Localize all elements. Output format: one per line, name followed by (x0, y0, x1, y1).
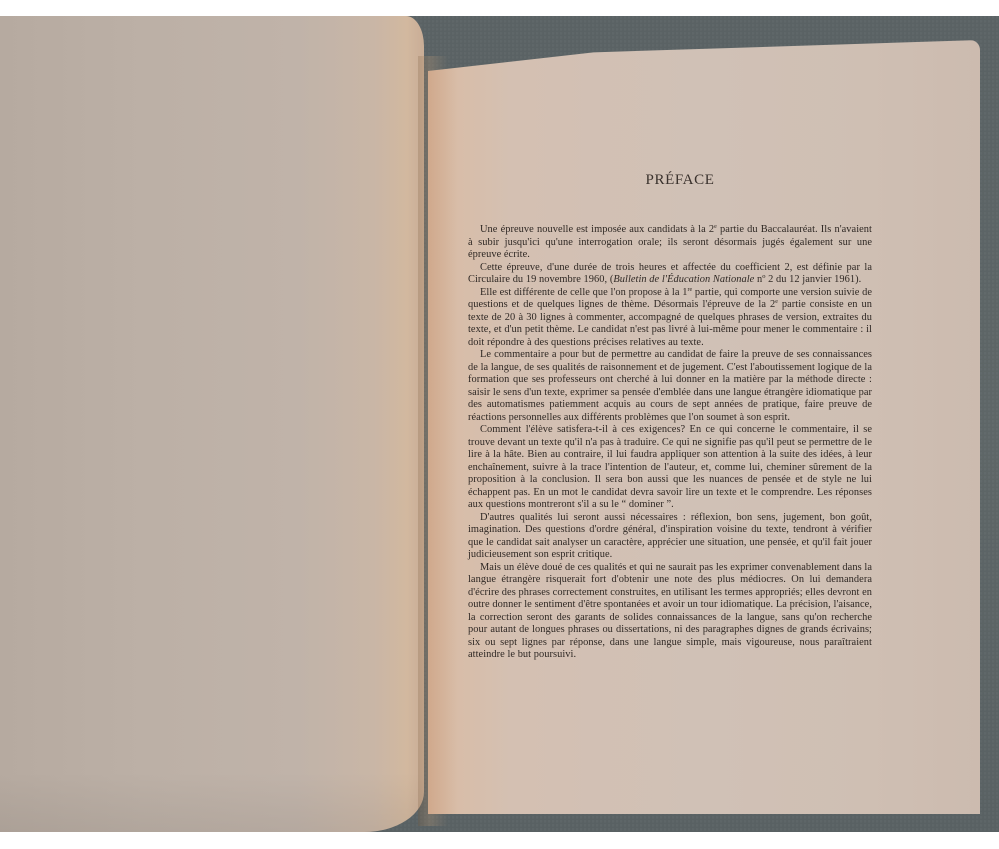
preface-body: Une épreuve nouvelle est imposée aux can… (468, 168, 872, 662)
right-page-gutter-shade (428, 40, 458, 814)
paragraph-7: Mais un élève doué de ces qualités et qu… (468, 562, 872, 662)
paragraph-3: Elle est différente de celle que l'on pr… (468, 287, 872, 350)
paragraph-5: Comment l'élève satisfera-t-il à ces exi… (468, 424, 872, 512)
paragraph-text: nº 2 du 12 janvier 1961). (754, 274, 861, 285)
paragraph-text: Une épreuve nouvelle est imposée aux can… (480, 224, 714, 235)
paragraph-6: D'autres qualités lui seront aussi néces… (468, 512, 872, 562)
left-page-blank (0, 16, 424, 832)
paragraph-2: Cette épreuve, d'une durée de trois heur… (468, 262, 872, 287)
paragraph-1: Une épreuve nouvelle est imposée aux can… (468, 224, 872, 262)
paragraph-4: Le commentaire a pour but de permettre a… (468, 349, 872, 424)
paragraph-text: Elle est différente de celle que l'on pr… (480, 287, 687, 298)
bulletin-citation: Bulletin de l'Éducation Nationale (613, 274, 754, 285)
